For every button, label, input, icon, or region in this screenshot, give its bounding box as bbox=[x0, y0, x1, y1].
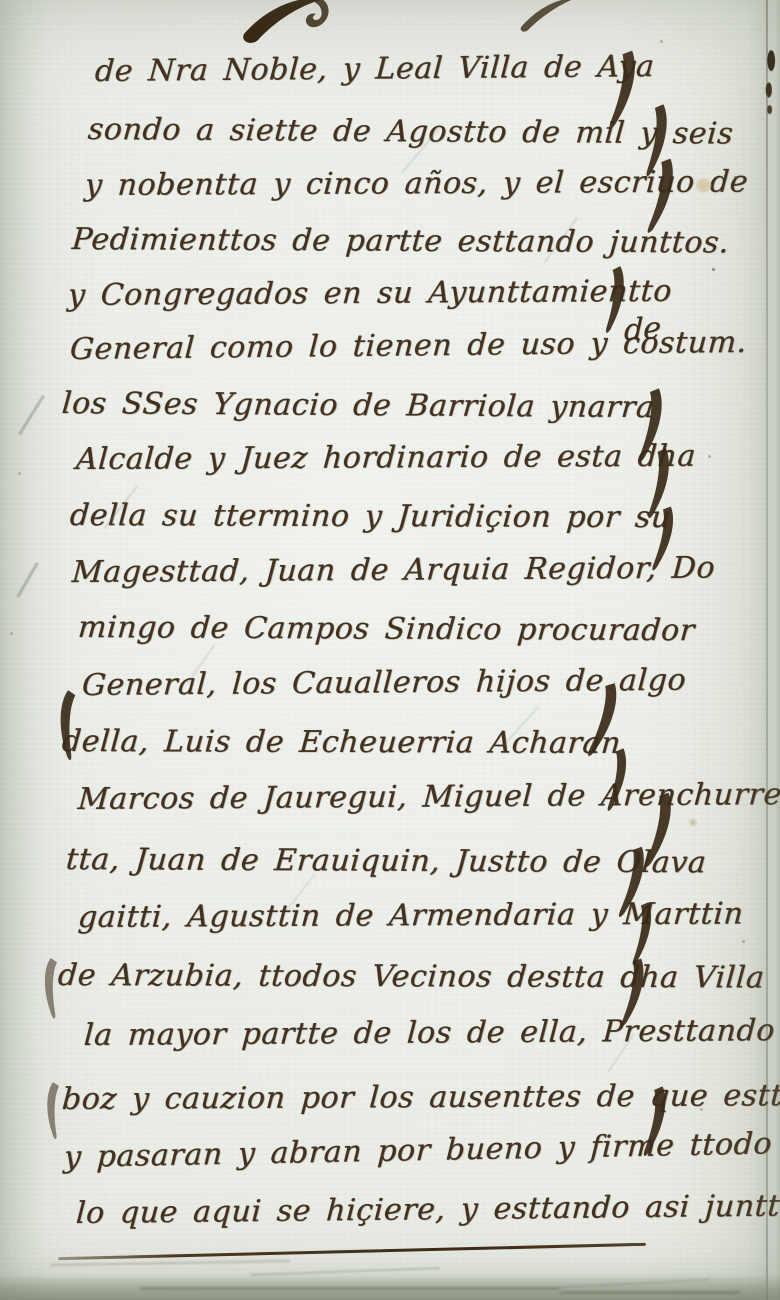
bottom-streak bbox=[560, 1291, 740, 1294]
manuscript-line: los SSes Ygnacio de Barriola ynarra bbox=[61, 387, 656, 425]
manuscript-line: Alcalde y Juez hordinario de esta dha bbox=[75, 440, 697, 477]
paper-speck bbox=[660, 40, 663, 43]
paper-speck bbox=[734, 176, 737, 179]
manuscript-line: gaitti, Agusttin de Armendaria y Marttin bbox=[77, 898, 745, 935]
manuscript-line: tta, Juan de Erauiquin, Justto de Olava bbox=[65, 843, 708, 880]
manuscript-line: sondo a siette de Agostto de mil y seis bbox=[87, 113, 735, 151]
manuscript-line: de Nra Noble, y Leal Villa de Aya bbox=[94, 50, 656, 89]
manuscript-scan: { "document": { "kind": "handwritten man… bbox=[0, 0, 780, 1300]
paper-speck bbox=[10, 632, 13, 635]
manuscript-line: de Arzubia, ttodos Vecinos destta dha Vi… bbox=[57, 959, 766, 995]
manuscript-line: lo que aqui se hiçiere, y esttando asi j… bbox=[75, 1189, 780, 1231]
paper-speck bbox=[18, 472, 21, 475]
paper-speck bbox=[700, 1108, 703, 1111]
hanging-word: de bbox=[623, 311, 661, 349]
manuscript-line: Magesttad, Juan de Arquia Regidor, Do bbox=[71, 552, 716, 591]
manuscript-line: Marcos de Jauregui, Miguel de Arenchurre bbox=[77, 778, 780, 817]
manuscript-line: della su ttermino y Juridiçion por su bbox=[69, 499, 672, 535]
paper-speck bbox=[712, 268, 715, 271]
manuscript-line: boz y cauzion por los ausenttes de que e… bbox=[61, 1079, 780, 1117]
manuscript-line: Pedimienttos de partte esttando junttos. bbox=[71, 223, 731, 260]
manuscript-line: y Congregados en su Ayunttamientto bbox=[67, 275, 673, 313]
paper-speck bbox=[708, 455, 711, 458]
bottom-streak bbox=[140, 1287, 560, 1290]
manuscript-line: la mayor partte de los de ella, Presttan… bbox=[83, 1014, 776, 1053]
manuscript-line: mingo de Campos Sindico procurador bbox=[77, 611, 696, 648]
manuscript-line: y nobentta y cinco años, y el escriuo de bbox=[84, 166, 749, 203]
edge-ink-blot bbox=[760, 48, 776, 118]
manuscript-line: General, los Caualleros hijos de algo bbox=[81, 664, 687, 703]
manuscript-line: della, Luis de Echeuerria Acharan bbox=[61, 725, 622, 761]
paper-speck bbox=[742, 940, 745, 943]
